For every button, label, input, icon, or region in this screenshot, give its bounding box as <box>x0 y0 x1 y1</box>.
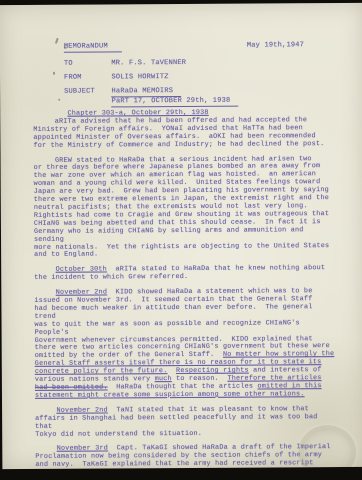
from-row: FROM SOLIS HORWITZ <box>64 73 169 83</box>
memo-title: MEMORaNDUM <box>64 42 122 52</box>
to-row: TO MR. F.S. TaVENNER <box>64 59 186 69</box>
memo-paragraph: October 30th aRITa stated to HaRaDa that… <box>34 265 336 283</box>
to-value: MR. F.S. TaVENNER <box>111 59 186 68</box>
ink-speck <box>64 47 67 49</box>
underlined-text: much <box>155 375 172 383</box>
memo-date: May 19th,1947 <box>247 41 304 50</box>
subject-title: HaRaDa MEMOIRS <box>111 87 181 97</box>
subject-label: SUBJECT <box>64 87 107 96</box>
ink-speck <box>58 99 60 101</box>
ink-speck <box>53 72 55 75</box>
from-label: FROM <box>64 73 107 82</box>
subject-subtitle: PaRT 17, OCTOBER 29th, 1938 <box>112 97 239 108</box>
subject-row: SUBJECT HaRaDa MEMOIRS PaRT 17, OCTOBER … <box>64 87 238 108</box>
ink-speck <box>55 38 59 44</box>
memo-paragraph: Chapter 303-a, October 29th, 1938 aRITa … <box>33 109 335 150</box>
text-run <box>35 407 56 415</box>
text-run: KIDO showed HaRaDa a statement which was… <box>34 287 330 360</box>
to-label: TO <box>64 59 107 68</box>
embossed-seal-icon <box>298 425 356 469</box>
memo-paragraph: GREW stated to HaRaDa that a serious inc… <box>34 156 337 261</box>
memo-paper: MEMORaNDUM May 19th,1947 TO MR. F.S. TaV… <box>0 3 362 469</box>
memo-body: Chapter 303-a, October 29th, 1938 aRITa … <box>33 109 337 469</box>
subject-value: HaRaDa MEMOIRS PaRT 17, OCTOBER 29th, 19… <box>111 87 238 108</box>
memo-paragraph: November 3rd Capt. TaKaGI showed HaRaDa … <box>35 444 337 469</box>
memo-paragraph: November 2nd KIDO showed HaRaDa a statem… <box>34 288 337 401</box>
from-value: SOLIS HORWITZ <box>111 73 168 82</box>
text-run: GREW stated to HaRaDa that a serious inc… <box>34 155 330 260</box>
memo-paragraph: November 2nd TaNI stated that it was ple… <box>35 406 337 439</box>
